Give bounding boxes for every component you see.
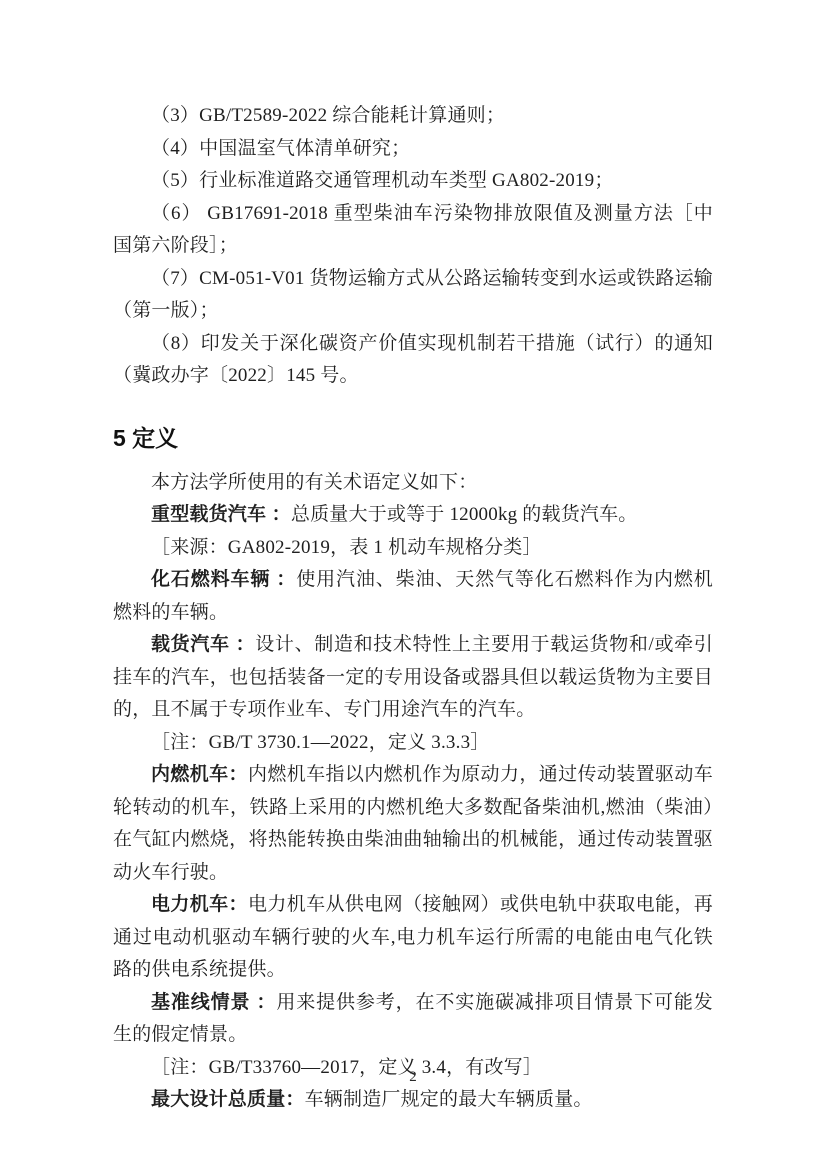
definition-term: 化石燃料车辆 ： bbox=[151, 569, 296, 590]
definition-term: 基准线情景 ： bbox=[151, 992, 276, 1013]
definition-term: 最大设计总质量： bbox=[151, 1089, 305, 1110]
page-number: 2 bbox=[409, 1069, 417, 1085]
definition-paragraph: 最大设计总质量：车辆制造厂规定的最大车辆质量。 bbox=[113, 1084, 713, 1117]
definition-note: ［来源：GA802-2019，表 1 机动车规格分类］ bbox=[113, 532, 713, 565]
reference-item: （7）CM-051-V01 货物运输方式从公路运输转变到水运或铁路运输（第一版）… bbox=[113, 263, 713, 328]
definitions-intro: 本方法学所使用的有关术语定义如下： bbox=[113, 467, 713, 500]
definition-body: 总质量大于或等于 12000kg 的载货汽车。 bbox=[291, 504, 638, 525]
definition-paragraph: 化石燃料车辆 ：使用汽油、柴油、天然气等化石燃料作为内燃机燃料的车辆。 bbox=[113, 564, 713, 629]
definition-paragraph: 内燃机车：内燃机车指以内燃机作为原动力，通过传动装置驱动车轮转动的机车，铁路上采… bbox=[113, 759, 713, 889]
definition-term: 载货汽车 ： bbox=[151, 634, 255, 655]
reference-item: （5）行业标准道路交通管理机动车类型 GA802-2019； bbox=[113, 165, 713, 198]
page-footer: 2 bbox=[0, 1068, 826, 1086]
section-heading: 5 定义 bbox=[113, 418, 713, 458]
definition-paragraph: 载货汽车 ：设计、制造和技术特性上主要用于载运货物和/或牵引挂车的汽车，也包括装… bbox=[113, 629, 713, 727]
definition-term: 重型载货汽车 ： bbox=[151, 504, 291, 525]
document-page: （3）GB/T2589-2022 综合能耗计算通则； （4）中国温室气体清单研究… bbox=[0, 0, 826, 1169]
page-content: （3）GB/T2589-2022 综合能耗计算通则； （4）中国温室气体清单研究… bbox=[113, 0, 713, 1117]
definition-term: 内燃机车： bbox=[151, 764, 248, 785]
reference-item: （4）中国温室气体清单研究； bbox=[113, 133, 713, 166]
definition-term: 电力机车： bbox=[151, 894, 248, 915]
reference-item: （6） GB17691-2018 重型柴油车污染物排放限值及测量方法［中国第六阶… bbox=[113, 198, 713, 263]
definition-body: 车辆制造厂规定的最大车辆质量。 bbox=[305, 1089, 593, 1110]
definition-note: ［注：GB/T 3730.1—2022，定义 3.3.3］ bbox=[113, 727, 713, 760]
reference-item: （3）GB/T2589-2022 综合能耗计算通则； bbox=[113, 100, 713, 133]
definition-paragraph: 基准线情景 ：用来提供参考，在不实施碳减排项目情景下可能发生的假定情景。 bbox=[113, 987, 713, 1052]
definition-paragraph: 重型载货汽车 ：总质量大于或等于 12000kg 的载货汽车。 bbox=[113, 499, 713, 532]
reference-item: （8）印发关于深化碳资产价值实现机制若干措施（试行）的通知（冀政办字〔2022〕… bbox=[113, 328, 713, 393]
definition-paragraph: 电力机车：电力机车从供电网（接触网）或供电轨中获取电能，再通过电动机驱动车辆行驶… bbox=[113, 889, 713, 987]
